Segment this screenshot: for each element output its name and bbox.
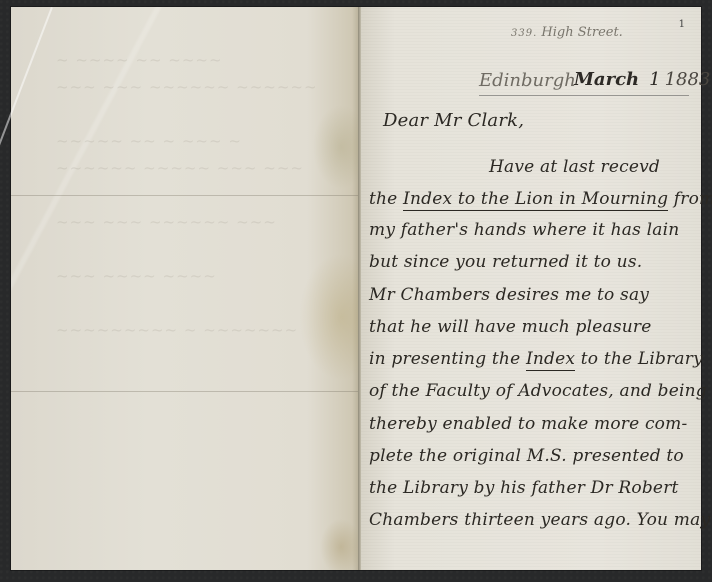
line-text: in presenting the [369, 349, 526, 369]
line-text: my father's hands where it has lain [369, 220, 679, 240]
showthrough-line: ~~~~~~ ~~~~~ ~~~ ~~~ [56, 155, 336, 182]
letter-line: in presenting the Index to the Library [369, 349, 703, 369]
letter-line: that he will have much pleasure [369, 317, 652, 337]
letter-line: plete the original M.S. presented to [369, 446, 684, 466]
showthrough-line: ~ ~~~~ ~~ ~~~~ [56, 47, 336, 74]
street-number: 339. [511, 28, 537, 39]
letter-line: thereby enabled to make more com- [369, 414, 687, 434]
ink-showthrough: ~ ~~~~ ~~ ~~~~ ~~~ ~~~ ~~~~~~ ~~~~~~ ~~~… [56, 47, 336, 344]
date-month: March [574, 69, 639, 90]
showthrough-line: ~~~ ~~~ ~~~~~~ ~~~~~~ [56, 74, 336, 101]
letter-sheet: ~ ~~~~ ~~ ~~~~ ~~~ ~~~ ~~~~~~ ~~~~~~ ~~~… [11, 7, 701, 570]
letterhead-address: 339. High Street. [511, 25, 623, 40]
line-text: the [369, 189, 403, 209]
letter-line: Mr Chambers desires me to say [369, 285, 649, 305]
line-text: of the Faculty of Advocates, and being [369, 381, 707, 401]
line-text: from [668, 189, 712, 209]
fold-line [11, 391, 359, 392]
showthrough-line: ~~~ ~~~ ~~~~~~ ~~~ [56, 209, 336, 236]
showthrough-line [56, 101, 336, 128]
page-number-mark: 1 [679, 19, 685, 30]
line-text: Have at last recevd [489, 157, 660, 177]
right-page-letter: 1 339. High Street. Edinburgh March11883… [361, 7, 701, 570]
street-name: High Street. [541, 25, 622, 40]
left-page-blank-verso: ~ ~~~~ ~~ ~~~~ ~~~ ~~~ ~~~~~~ ~~~~~~ ~~~… [11, 7, 359, 570]
line-text: that he will have much pleasure [369, 317, 652, 337]
date-year: 1883 [665, 69, 711, 90]
line-text: Chambers thirteen years ago. You may [369, 510, 710, 530]
showthrough-line: ~~~~~ ~~ ~ ~~~ ~ [56, 128, 336, 155]
line-text: to the Library [575, 349, 703, 369]
date-day: 1 [649, 69, 660, 90]
letter-line: the Index to the Lion in Mourning from [369, 189, 712, 209]
dateline-date: March11883 [574, 69, 710, 90]
line-text: plete the original M.S. presented to [369, 446, 684, 466]
showthrough-line: ~~~ ~~~~ ~~~~ [56, 263, 336, 290]
letter-line: but since you returned it to us. [369, 252, 642, 272]
line-text: but since you returned it to us. [369, 252, 642, 272]
line-text: the Library by his father Dr Robert [369, 478, 679, 498]
showthrough-line [56, 290, 336, 317]
letter-line: Have at last recevd [489, 157, 660, 177]
showthrough-line [56, 182, 336, 209]
showthrough-line: ~~~~~~~~~ ~ ~~~~~~~ [56, 317, 336, 344]
scanned-letter: ~ ~~~~ ~~ ~~~~ ~~~ ~~~ ~~~~~~ ~~~~~~ ~~~… [0, 0, 712, 582]
salutation: Dear Mr Clark, [383, 110, 524, 131]
showthrough-line [56, 236, 336, 263]
dateline-city: Edinburgh [479, 70, 576, 91]
underlined-word: Index [526, 349, 575, 371]
letter-line: of the Faculty of Advocates, and being [369, 381, 707, 401]
letter-line: my father's hands where it has lain [369, 220, 679, 240]
letter-line: the Library by his father Dr Robert [369, 478, 679, 498]
line-text: Mr Chambers desires me to say [369, 285, 649, 305]
letter-line: Chambers thirteen years ago. You may [369, 510, 710, 530]
underlined-title: Index to the Lion in Mourning [403, 189, 668, 211]
paper-crease [0, 7, 53, 185]
line-text: thereby enabled to make more com- [369, 414, 687, 434]
